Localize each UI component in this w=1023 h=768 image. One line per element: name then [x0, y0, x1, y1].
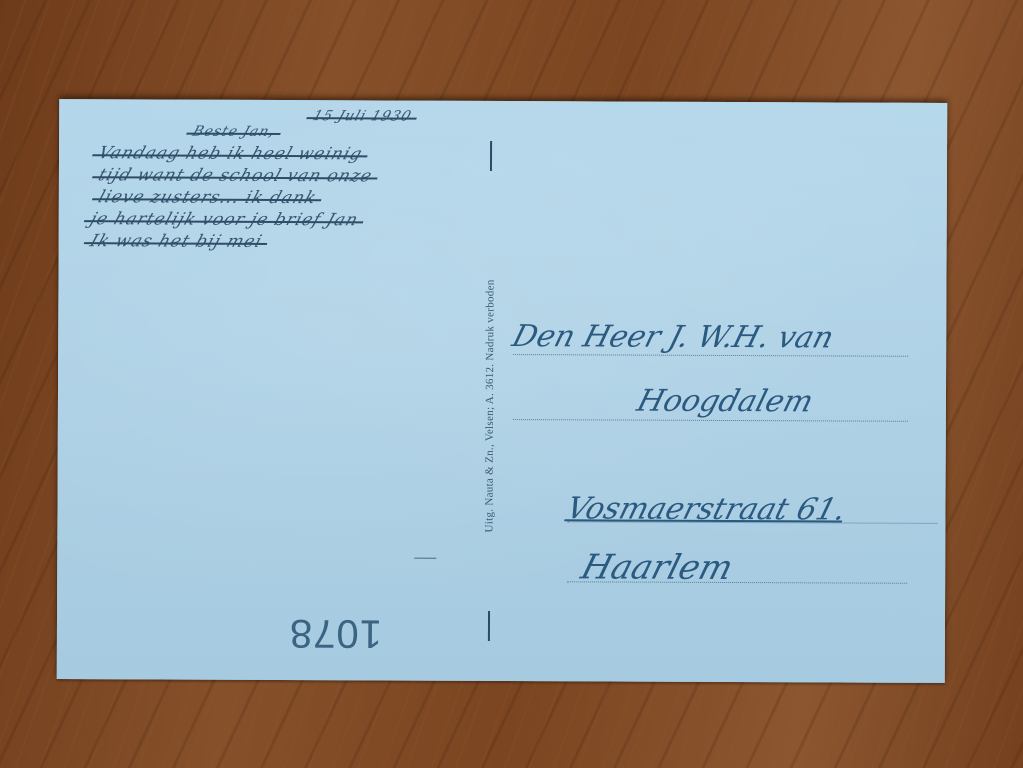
message-line: je hartelijk voor je brief Jan: [87, 209, 361, 230]
message-line: Vandaag heb ik heel weinig: [96, 143, 365, 164]
message-date: 15 Juli 1930: [311, 108, 414, 124]
pencil-inventory-number: 1078: [289, 610, 382, 655]
message-line: lieve zusters... ik dank: [96, 187, 320, 208]
address-recipient: Den Heer J. W.H. van: [508, 319, 837, 355]
divider-line: [488, 611, 490, 641]
postcard: 15 Juli 1930 Beste Jan, Vandaag heb ik h…: [57, 99, 948, 683]
message-line: Beste Jan,: [190, 124, 277, 140]
stray-pen-mark: [414, 558, 436, 559]
message-line: Ik was het bij mei: [87, 231, 265, 252]
divider-line: [490, 141, 492, 171]
address-rule: [513, 354, 908, 357]
address-surname: Hoogdalem: [633, 384, 817, 420]
center-divider: Uitg. Nauta & Zn., Velsen; A. 3612. Nadr…: [474, 141, 506, 641]
address-rule: [513, 419, 908, 422]
publisher-imprint: Uitg. Nauta & Zn., Velsen; A. 3612. Nadr…: [483, 279, 496, 532]
message-line: tijd want de school van onze: [96, 165, 375, 186]
crossed-out-message: 15 Juli 1930 Beste Jan, Vandaag heb ik h…: [73, 107, 484, 269]
